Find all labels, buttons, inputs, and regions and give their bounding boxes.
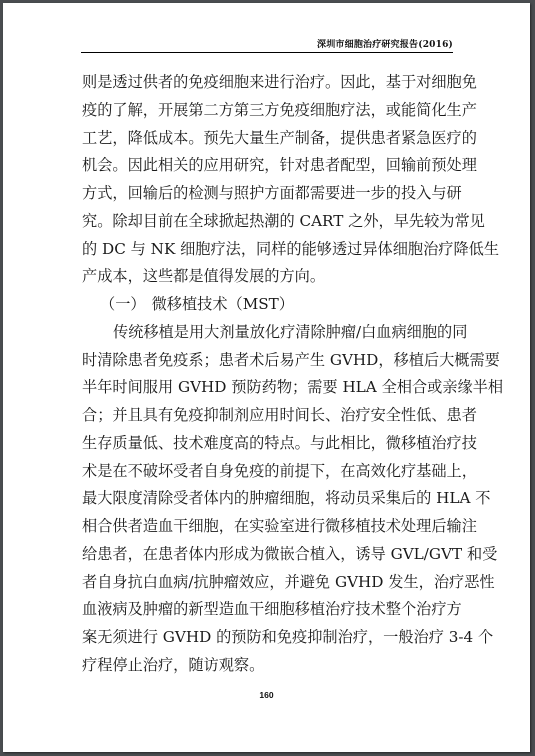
text-line: 则是透过供者的免疫细胞来进行治疗。因此，基于对细胞免 <box>82 69 456 97</box>
text-line: 时清除患者免疫系；患者术后易产生 GVHD，移植后大概需要 <box>82 347 456 375</box>
text-line: 产成本，这些都是值得发展的方向。 <box>82 263 456 291</box>
page-number: 160 <box>3 690 530 700</box>
text-line: 给患者，在患者体内形成为微嵌合植入，诱导 GVL/GVT 和受 <box>82 541 456 569</box>
body-text: 则是透过供者的免疫细胞来进行治疗。因此，基于对细胞免 疫的了解，开展第二方第三方… <box>82 69 456 680</box>
header-rule <box>81 52 453 53</box>
section-heading-title: 微移植技术（MST） <box>152 295 294 313</box>
section-heading-number: （一） <box>100 295 146 313</box>
text-line: 传统移植是用大剂量放化疗清除肿瘤/白血病细胞的同 <box>82 319 456 347</box>
text-line: 生存质量低、技术难度高的特点。与此相比，微移植治疗技 <box>82 430 456 458</box>
text-line: 者自身抗白血病/抗肿瘤效应，并避免 GVHD 发生，治疗恶性 <box>82 569 456 597</box>
text-line: 血液病及肿瘤的新型造血干细胞移植治疗技术整个治疗方 <box>82 596 456 624</box>
text-line: 合；并且具有免疫抑制剂应用时间长、治疗安全性低、患者 <box>82 402 456 430</box>
text-line: 的 DC 与 NK 细胞疗法，同样的能够透过异体细胞治疗降低生 <box>82 236 456 264</box>
text-line: 最大限度清除受者体内的肿瘤细胞，将动员采集后的 HLA 不 <box>82 485 456 513</box>
document-page: 深圳市细胞治疗研究报告(2016) 则是透过供者的免疫细胞来进行治疗。因此，基于… <box>3 3 530 752</box>
text-line: 究。除却目前在全球掀起热潮的 CART 之外，早先较为常见 <box>82 208 456 236</box>
text-line: 工艺，降低成本。预先大量生产制备，提供患者紧急医疗的 <box>82 125 456 153</box>
text-line: 方式，回输后的检测与照护方面都需要进一步的投入与研 <box>82 180 456 208</box>
text-line: 案无须进行 GVHD 的预防和免疫抑制治疗，一般治疗 3-4 个 <box>82 624 456 652</box>
text-line: 相合供者造血干细胞，在实验室进行微移植技术处理后输注 <box>82 513 456 541</box>
text-line: 机会。因此相关的应用研究，针对患者配型，回输前预处理 <box>82 152 456 180</box>
text-line: 疫的了解，开展第二方第三方免疫细胞疗法，或能简化生产 <box>82 97 456 125</box>
section-heading: （一）微移植技术（MST） <box>82 291 456 319</box>
text-line: 术是在不破坏受者自身免疫的前提下，在高效化疗基础上， <box>82 458 456 486</box>
running-header: 深圳市细胞治疗研究报告(2016) <box>81 39 453 51</box>
text-line: 疗程停止治疗，随访观察。 <box>82 652 456 680</box>
text-line: 半年时间服用 GVHD 预防药物；需要 HLA 全相合或亲缘半相 <box>82 374 456 402</box>
